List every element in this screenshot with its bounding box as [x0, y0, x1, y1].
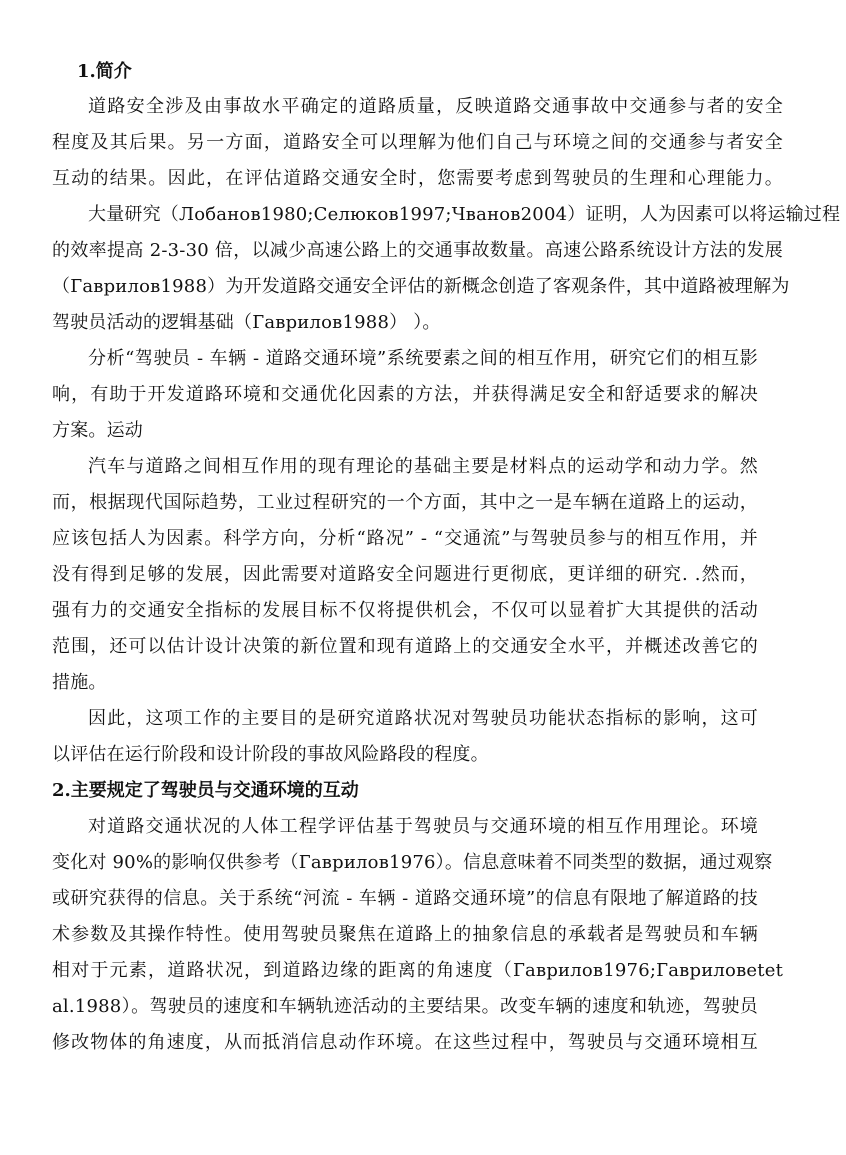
text-line: 方案。运动 — [52, 413, 783, 449]
text-line: 分析“驾驶员 - 车辆 - 道路交通环境”系统要素之间的相互作用，研究它们的相互… — [88, 341, 758, 377]
text-line: 汽车与道路之间相互作用的现有理论的基础主要是材料点的运动学和动力学。然 — [88, 449, 758, 485]
text-line: 应该包括人为因素。科学方向，分析“路况” - “交通流”与驾驶员参与的相互作用，… — [52, 521, 758, 557]
text-line: 互动的结果。因此，在评估道路交通安全时，您需要考虑到驾驶员的生理和心理能力。 — [52, 161, 783, 197]
text-line: （Гаврилов1988）为开发道路交通安全评估的新概念创造了客观条件，其中道… — [52, 269, 783, 305]
text-line: al.1988）。驾驶员的速度和车辆轨迹活动的主要结果。改变车辆的速度和轨迹，驾… — [52, 989, 758, 1025]
text-line: 而，根据现代国际趋势，工业过程研究的一个方面，其中之一是车辆在道路上的运动， — [52, 485, 758, 521]
text-line: 术参数及其操作特性。使用驾驶员聚焦在道路上的抽象信息的承载者是驾驶员和车辆 — [52, 917, 758, 953]
text-line: 对道路交通状况的人体工程学评估基于驾驶员与交通环境的相互作用理论。环境 — [88, 809, 758, 845]
text-line: 变化对 90%的影响仅供参考（Гаврилов1976）。信息意味着不同类型的数… — [52, 845, 758, 881]
text-line: 范围，还可以估计设计决策的新位置和现有道路上的交通安全水平，并概述改善它的 — [52, 629, 758, 665]
text-line: 道路安全涉及由事故水平确定的道路质量，反映道路交通事故中交通参与者的安全 — [88, 89, 783, 125]
text-line: 没有得到足够的发展，因此需要对道路安全问题进行更彻底，更详细的研究. .然而， — [52, 557, 758, 593]
text-line: 大量研究（Лобанов1980;Селюков1997;Чванов2004）… — [88, 197, 783, 233]
section-2-heading: 2.主要规定了驾驶员与交通环境的互动 — [52, 773, 359, 809]
text-line: 程度及其后果。另一方面，道路安全可以理解为他们自己与环境之间的交通参与者安全 — [52, 125, 783, 161]
text-line: 修改物体的角速度，从而抵消信息动作环境。在这些过程中，驾驶员与交通环境相互 — [52, 1025, 758, 1061]
text-line: 因此，这项工作的主要目的是研究道路状况对驾驶员功能状态指标的影响，这可 — [88, 701, 758, 737]
document-page: 1.简介 道路安全涉及由事故水平确定的道路质量，反映道路交通事故中交通参与者的安… — [0, 0, 846, 1155]
text-line: 以评估在运行阶段和设计阶段的事故风险路段的程度。 — [52, 737, 783, 773]
text-line: 措施。 — [52, 665, 783, 701]
section-1-heading: 1.简介 — [77, 54, 132, 90]
text-line: 强有力的交通安全指标的发展目标不仅将提供机会，不仅可以显着扩大其提供的活动 — [52, 593, 758, 629]
text-line: 驾驶员活动的逻辑基础（Гаврилов1988） ）。 — [52, 305, 783, 341]
text-line: 或研究获得的信息。关于系统“河流 - 车辆 - 道路交通环境”的信息有限地了解道… — [52, 881, 758, 917]
text-line: 响，有助于开发道路环境和交通优化因素的方法，并获得满足安全和舒适要求的解决 — [52, 377, 758, 413]
text-line: 的效率提高 2-3-30 倍，以减少高速公路上的交通事故数量。高速公路系统设计方… — [52, 233, 783, 269]
text-line: 相对于元素，道路状况，到道路边缘的距离的角速度（Гаврилов1976;Гав… — [52, 953, 783, 989]
